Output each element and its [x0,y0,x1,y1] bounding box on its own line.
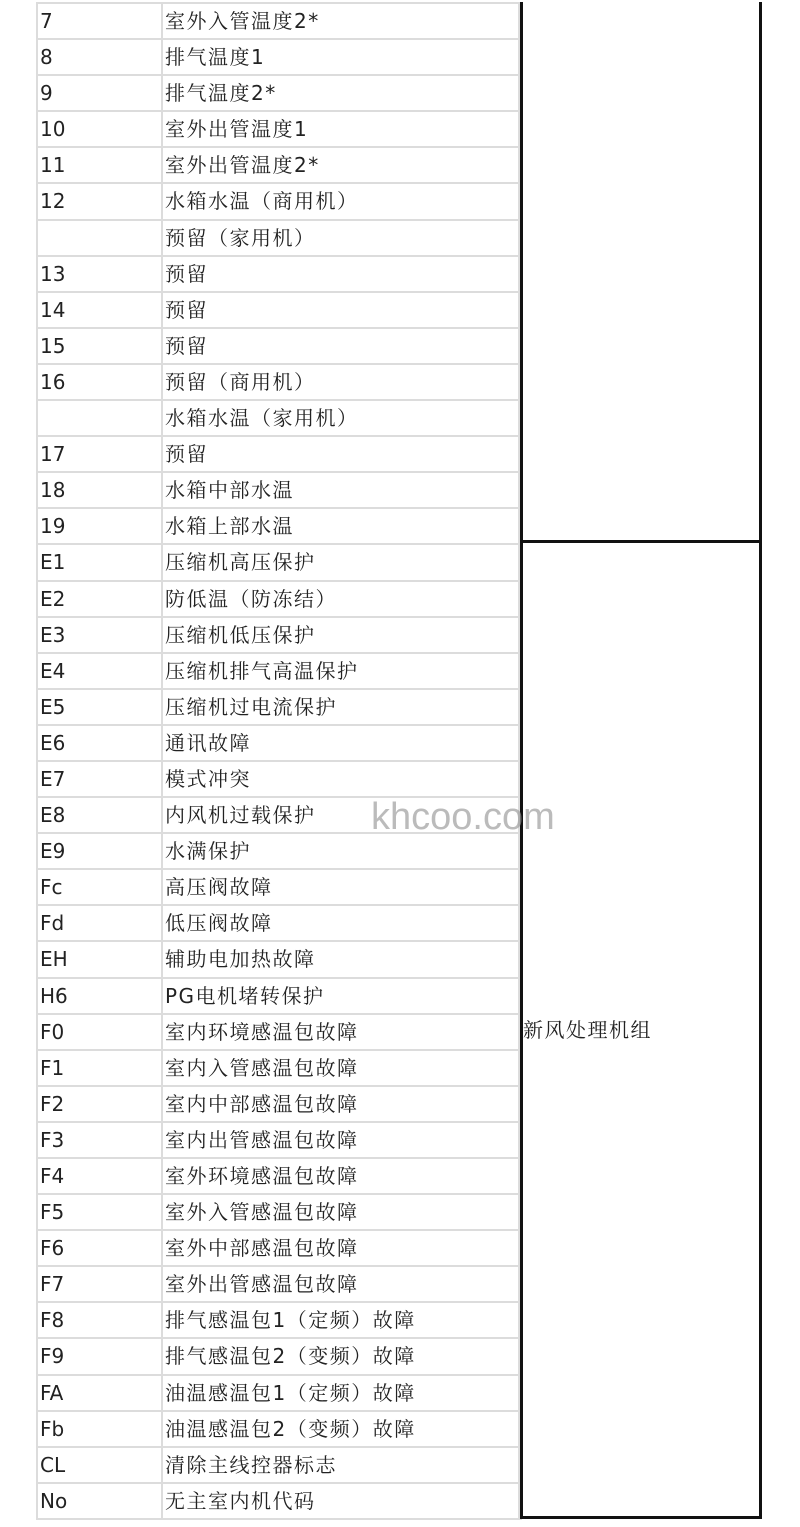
table-row: F5室外入管感温包故障 [38,1195,522,1231]
description-cell: 室外中部感温包故障 [163,1231,520,1265]
description-cell: 水箱水温（家用机） [163,401,520,435]
table-row: 水箱水温（家用机） [38,401,522,437]
description-cell: 低压阀故障 [163,906,520,940]
table-row: 8排气温度1 [38,40,522,76]
error-code-cell: No [38,1484,163,1518]
table-row: 17预留 [38,437,522,473]
error-code-cell: 12 [38,184,163,218]
description-cell: 压缩机低压保护 [163,618,520,652]
table-row: 16预留（商用机） [38,365,522,401]
description-cell: 预留（商用机） [163,365,520,399]
table-row: E4压缩机排气高温保护 [38,654,522,690]
error-code-cell: FA [38,1376,163,1410]
description-cell: 室内出管感温包故障 [163,1123,520,1157]
error-code-cell: F5 [38,1195,163,1229]
error-code-cell: E5 [38,690,163,724]
error-code-cell: 8 [38,40,163,74]
error-code-cell [38,221,163,255]
group-cell-upper [520,2,762,543]
table-row: F1室内入管感温包故障 [38,1051,522,1087]
error-code-cell: F7 [38,1267,163,1301]
error-code-cell: F9 [38,1339,163,1373]
error-code-cell: F4 [38,1159,163,1193]
description-cell: 水箱水温（商用机） [163,184,520,218]
description-cell: PG电机堵转保护 [163,979,520,1013]
description-cell: 压缩机排气高温保护 [163,654,520,688]
table-row: 13预留 [38,257,522,293]
table-row: E5压缩机过电流保护 [38,690,522,726]
table-row: 19水箱上部水温 [38,509,522,545]
table-row: 预留（家用机） [38,221,522,257]
table-row: 18水箱中部水温 [38,473,522,509]
error-code-cell: 17 [38,437,163,471]
description-cell: 模式冲突 [163,762,520,796]
code-columns: 7室外入管温度2*8排气温度19排气温度2*10室外出管温度111室外出管温度2… [36,2,522,1520]
table-row: F8排气感温包1（定频）故障 [38,1303,522,1339]
error-code-cell: 9 [38,76,163,110]
description-cell: 室外出管温度1 [163,112,520,146]
table-row: No无主室内机代码 [38,1484,522,1520]
table-row: E6通讯故障 [38,726,522,762]
error-code-cell: F1 [38,1051,163,1085]
table-row: F6室外中部感温包故障 [38,1231,522,1267]
description-cell: 预留 [163,293,520,327]
error-code-cell: 18 [38,473,163,507]
description-cell: 水满保护 [163,834,520,868]
table-row: F7室外出管感温包故障 [38,1267,522,1303]
description-cell: 通讯故障 [163,726,520,760]
error-code-cell: CL [38,1448,163,1482]
error-code-cell: E3 [38,618,163,652]
description-cell: 排气温度2* [163,76,520,110]
table-row: 7室外入管温度2* [38,4,522,40]
description-cell: 内风机过载保护 [163,798,520,832]
table-row: E3压缩机低压保护 [38,618,522,654]
description-cell: 预留 [163,329,520,363]
group-label-lower: 新风处理机组 [523,1013,652,1047]
error-code-cell: EH [38,942,163,976]
error-code-cell: 16 [38,365,163,399]
description-cell: 室外出管感温包故障 [163,1267,520,1301]
description-cell: 压缩机过电流保护 [163,690,520,724]
error-code-cell: E1 [38,545,163,579]
description-cell: 室外环境感温包故障 [163,1159,520,1193]
table-row: Fd低压阀故障 [38,906,522,942]
description-cell: 辅助电加热故障 [163,942,520,976]
description-cell: 排气感温包1（定频）故障 [163,1303,520,1337]
error-code-cell: E8 [38,798,163,832]
description-cell: 无主室内机代码 [163,1484,520,1518]
error-code-cell: E6 [38,726,163,760]
table-row: F4室外环境感温包故障 [38,1159,522,1195]
description-cell: 室外入管温度2* [163,4,520,38]
table-row: EH辅助电加热故障 [38,942,522,978]
table-row: F2室内中部感温包故障 [38,1087,522,1123]
description-cell: 排气感温包2（变频）故障 [163,1339,520,1373]
error-code-cell: E4 [38,654,163,688]
error-code-cell: 15 [38,329,163,363]
description-cell: 压缩机高压保护 [163,545,520,579]
table-row: E7模式冲突 [38,762,522,798]
table-row: E2防低温（防冻结） [38,582,522,618]
error-code-cell: Fb [38,1412,163,1446]
table-row: E9水满保护 [38,834,522,870]
description-cell: 排气温度1 [163,40,520,74]
error-code-cell: 13 [38,257,163,291]
error-code-cell: 11 [38,148,163,182]
description-cell: 室内入管感温包故障 [163,1051,520,1085]
description-cell: 清除主线控器标志 [163,1448,520,1482]
description-cell: 预留（家用机） [163,221,520,255]
description-cell: 高压阀故障 [163,870,520,904]
error-code-cell: 7 [38,4,163,38]
description-cell: 水箱上部水温 [163,509,520,543]
description-cell: 油温感温包2（变频）故障 [163,1412,520,1446]
error-code-cell [38,401,163,435]
error-code-cell: F6 [38,1231,163,1265]
error-code-cell: H6 [38,979,163,1013]
description-cell: 预留 [163,437,520,471]
table-row: F9排气感温包2（变频）故障 [38,1339,522,1375]
table-row: F0室内环境感温包故障 [38,1015,522,1051]
table-row: E8内风机过载保护 [38,798,522,834]
description-cell: 室外出管温度2* [163,148,520,182]
table-row: Fb油温感温包2（变频）故障 [38,1412,522,1448]
table-row: FA油温感温包1（定频）故障 [38,1376,522,1412]
error-code-cell: Fc [38,870,163,904]
error-code-cell: F3 [38,1123,163,1157]
table-row: 11室外出管温度2* [38,148,522,184]
error-code-cell: Fd [38,906,163,940]
table-row: CL清除主线控器标志 [38,1448,522,1484]
description-cell: 室内中部感温包故障 [163,1087,520,1121]
table-row: 10室外出管温度1 [38,112,522,148]
table-row: 12水箱水温（商用机） [38,184,522,220]
error-code-cell: F8 [38,1303,163,1337]
error-code-cell: E7 [38,762,163,796]
table-row: H6PG电机堵转保护 [38,979,522,1015]
description-cell: 油温感温包1（定频）故障 [163,1376,520,1410]
table-row: 15预留 [38,329,522,365]
error-code-cell: 19 [38,509,163,543]
error-code-cell: F2 [38,1087,163,1121]
error-code-cell: F0 [38,1015,163,1049]
table-row: 9排气温度2* [38,76,522,112]
table-row: 14预留 [38,293,522,329]
description-cell: 水箱中部水温 [163,473,520,507]
table-row: Fc高压阀故障 [38,870,522,906]
error-code-cell: 14 [38,293,163,327]
description-cell: 防低温（防冻结） [163,582,520,616]
description-cell: 室内环境感温包故障 [163,1015,520,1049]
table-row: F3室内出管感温包故障 [38,1123,522,1159]
error-code-cell: E2 [38,582,163,616]
error-code-cell: 10 [38,112,163,146]
group-cell-lower: 新风处理机组 [520,543,762,1519]
table-row: E1压缩机高压保护 [38,545,522,581]
description-cell: 室外入管感温包故障 [163,1195,520,1229]
error-code-cell: E9 [38,834,163,868]
description-cell: 预留 [163,257,520,291]
